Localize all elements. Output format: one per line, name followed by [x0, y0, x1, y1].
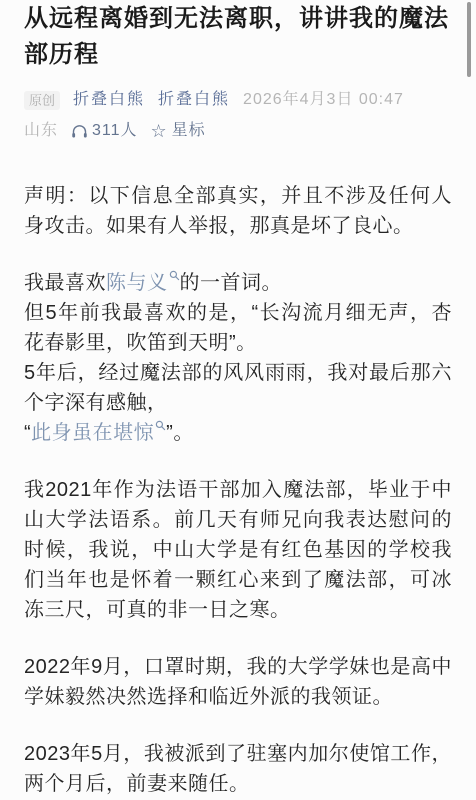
meta-row-secondary: 山东 311人 ☆ 星标 [24, 120, 452, 142]
paragraph: 2023年5月，我被派到了驻塞内加尔使馆工作，两个月后，前妻来随任。 [24, 739, 452, 799]
text-run: 2023年5月，我被派到了驻塞内加尔使馆工作，两个月后，前妻来随任。 [24, 743, 452, 795]
text-run: 5年后，经过魔法部的风风雨雨，我对最后那六个字深有感触， [24, 362, 452, 414]
text-run: 的一首词。 [180, 272, 283, 294]
entity-search-link[interactable]: 此身虽在堪惊 [31, 422, 166, 444]
search-icon [169, 272, 180, 284]
star-label: 星标 [172, 120, 206, 142]
paragraph: 声明：以下信息全部真实，并且不涉及任何人身攻击。如果有人举报，那真是坏了良心。 [24, 181, 452, 241]
meta-row-primary: 原创 折叠白熊 折叠白熊 2026年4月3日 00:47 [24, 89, 452, 111]
text-run: 但5年前我最喜欢的是，“长沟流月细无声，杏花春影里，吹笛到天明”。 [24, 302, 452, 354]
publish-date: 2026年4月3日 00:47 [243, 89, 404, 111]
listen-count-button[interactable]: 311人 [71, 120, 138, 142]
article-body: 声明：以下信息全部真实，并且不涉及任何人身攻击。如果有人举报，那真是坏了良心。我… [24, 181, 452, 799]
search-icon [155, 422, 166, 434]
article-title: 从远程离婚到无法离职，讲讲我的魔法部历程 [24, 0, 452, 73]
original-badge: 原创 [24, 91, 60, 110]
text-run: 我最喜欢 [24, 272, 106, 294]
star-outline-icon: ☆ [151, 122, 168, 140]
headphones-icon [71, 124, 88, 139]
paragraph: 2022年9月，口罩时期，我的大学学妹也是高中学妹毅然决然选择和临近外派的我领证… [24, 652, 452, 712]
scrollbar-thumb[interactable] [467, 2, 471, 77]
author-link[interactable]: 折叠白熊 [73, 89, 145, 111]
text-run: 2022年9月，口罩时期，我的大学学妹也是高中学妹毅然决然选择和临近外派的我领证… [24, 656, 452, 708]
location-label: 山东 [24, 120, 58, 142]
entity-search-link[interactable]: 陈与义 [106, 272, 180, 294]
listener-count: 311人 [92, 120, 138, 142]
article-content: 从远程离婚到无法离职，讲讲我的魔法部历程 原创 折叠白熊 折叠白熊 2026年4… [0, 0, 476, 799]
text-run: 我2021年作为法语干部加入魔法部，毕业于中山大学法语系。前几天有师兄向我表达慰… [24, 479, 452, 621]
text-run: 声明：以下信息全部真实，并且不涉及任何人身攻击。如果有人举报，那真是坏了良心。 [24, 185, 452, 237]
account-link[interactable]: 折叠白熊 [158, 89, 230, 111]
paragraph: 我最喜欢陈与义的一首词。但5年前我最喜欢的是，“长沟流月细无声，杏花春影里，吹笛… [24, 268, 452, 448]
paragraph: 我2021年作为法语干部加入魔法部，毕业于中山大学法语系。前几天有师兄向我表达慰… [24, 475, 452, 625]
star-button[interactable]: ☆ 星标 [151, 120, 206, 142]
text-run: ”。 [166, 422, 194, 444]
article-page: 从远程离婚到无法离职，讲讲我的魔法部历程 原创 折叠白熊 折叠白熊 2026年4… [0, 0, 476, 800]
